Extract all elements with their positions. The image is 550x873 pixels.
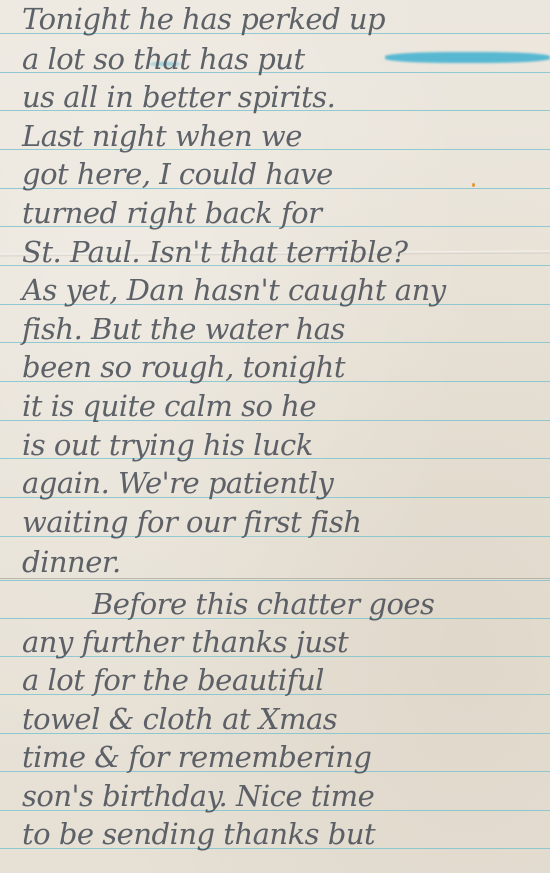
letter-line: been so rough, tonight [22,350,345,384]
letter-line: son's birthday. Nice time [22,779,374,813]
letter-line: a lot for the beautiful [22,663,324,697]
letter-line: any further thanks just [22,625,348,659]
ruled-line [0,580,550,581]
letter-line: towel & cloth at Xmas [22,702,337,736]
letter-line: St. Paul. Isn't that terrible? [22,235,408,269]
letter-line: to be sending thanks but [22,817,375,851]
letter-line: a lot so that has put [22,42,305,76]
letter-line: Last night when we [22,119,302,153]
letter-line: is out trying his luck [22,428,313,462]
paper-speck [472,183,475,187]
letter-line: Before this chatter goes [92,587,434,621]
letter-line: it is quite calm so he [22,389,316,423]
letter-line: fish. But the water has [22,312,345,346]
letter-line: turned right back for [22,196,322,230]
letter-line: again. We're patiently [22,466,333,500]
ink-smear [385,52,550,63]
letter-page: Tonight he has perked up a lot so that h… [0,0,550,873]
letter-line: us all in better spirits. [22,80,335,114]
letter-line: As yet, Dan hasn't caught any [22,273,446,307]
letter-line: waiting for our first fish [22,505,361,539]
letter-line: got here, I could have [22,157,333,191]
letter-line: Tonight he has perked up [22,2,385,36]
letter-line: time & for remembering [22,740,371,774]
letter-line: dinner. [22,545,121,579]
